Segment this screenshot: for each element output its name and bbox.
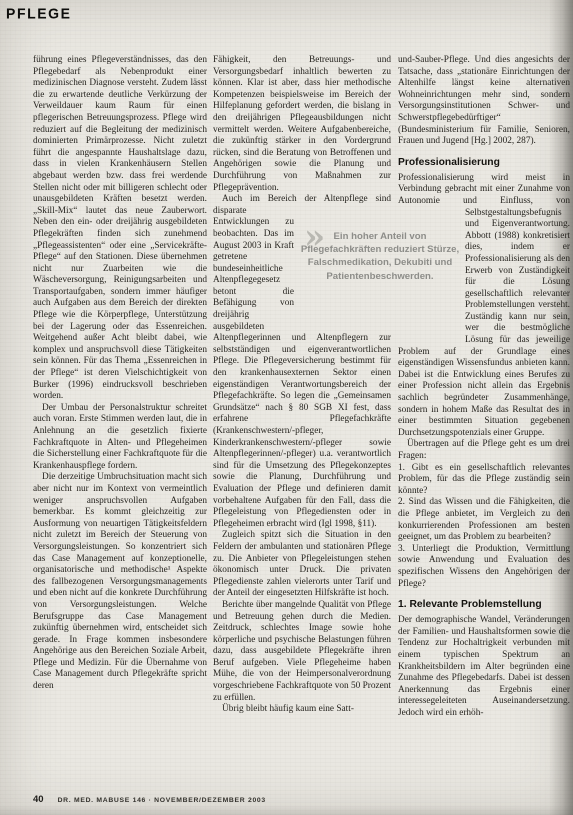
paragraph: Übertragen auf die Pflege geht es um dre… (398, 439, 570, 462)
paragraph: Berichte über mangelnde Qualität von Pfl… (213, 600, 391, 704)
heading-professionalisierung: Professionalisierung (398, 157, 570, 169)
paragraph: Der Umbau der Personalstruktur schreitet… (33, 403, 207, 473)
list-item: 3. Unterliegt die Produktion, Vermittlun… (398, 544, 570, 590)
text-column-2: Fähigkeit, den Betreuungs- und Versorgun… (213, 55, 391, 767)
paragraph: Zugleich spitzt sich die Situation in de… (213, 530, 391, 600)
paragraph: führung eines Pflegeverständnisses, das … (33, 55, 207, 403)
section-label: PFLEGE (6, 5, 72, 22)
double-angle-quote-icon: » (304, 220, 325, 254)
paragraph: Fähigkeit, den Betreuungs- und Versorgun… (213, 55, 391, 194)
list-item: 1. Gibt es ein gesellschaftlich relevant… (398, 463, 570, 498)
list-item: 2. Sind das Wissen und die Fähigkeiten, … (398, 497, 570, 543)
paragraph: Professionalisierung wird meist in Verbi… (398, 173, 570, 208)
text-column-1: führung eines Pflegeverständnisses, das … (33, 55, 207, 767)
text-column-3: und-Sauber-Pflege. Und dies angesichts d… (398, 55, 570, 767)
paragraph: Übrig bleibt häufig kaum eine Satt- (213, 704, 391, 716)
pull-quote: » Ein hoher Anteil von Pflegefachkräften… (300, 224, 460, 328)
scanned-article-page: PFLEGE führung eines Pflegeverständnisse… (0, 0, 573, 815)
paragraph: Auch im Bereich der Altenpflege sind (213, 194, 391, 206)
page-footer: 40DR. MED. MABUSE 146 · NOVEMBER/DEZEMBE… (33, 789, 553, 807)
heading-relevante-problemstellung: 1. Relevante Problemstellung (398, 599, 570, 611)
paragraph: und-Sauber-Pflege. Und dies angesichts d… (398, 55, 570, 148)
journal-issue-line: DR. MED. MABUSE 146 · NOVEMBER/DEZEMBER … (58, 797, 266, 804)
paragraph: Der demographische Wandel, Veränderungen… (398, 615, 570, 719)
paragraph: Die derzeitige Umbruchsituation macht si… (33, 472, 207, 692)
page-number: 40 (33, 794, 44, 805)
